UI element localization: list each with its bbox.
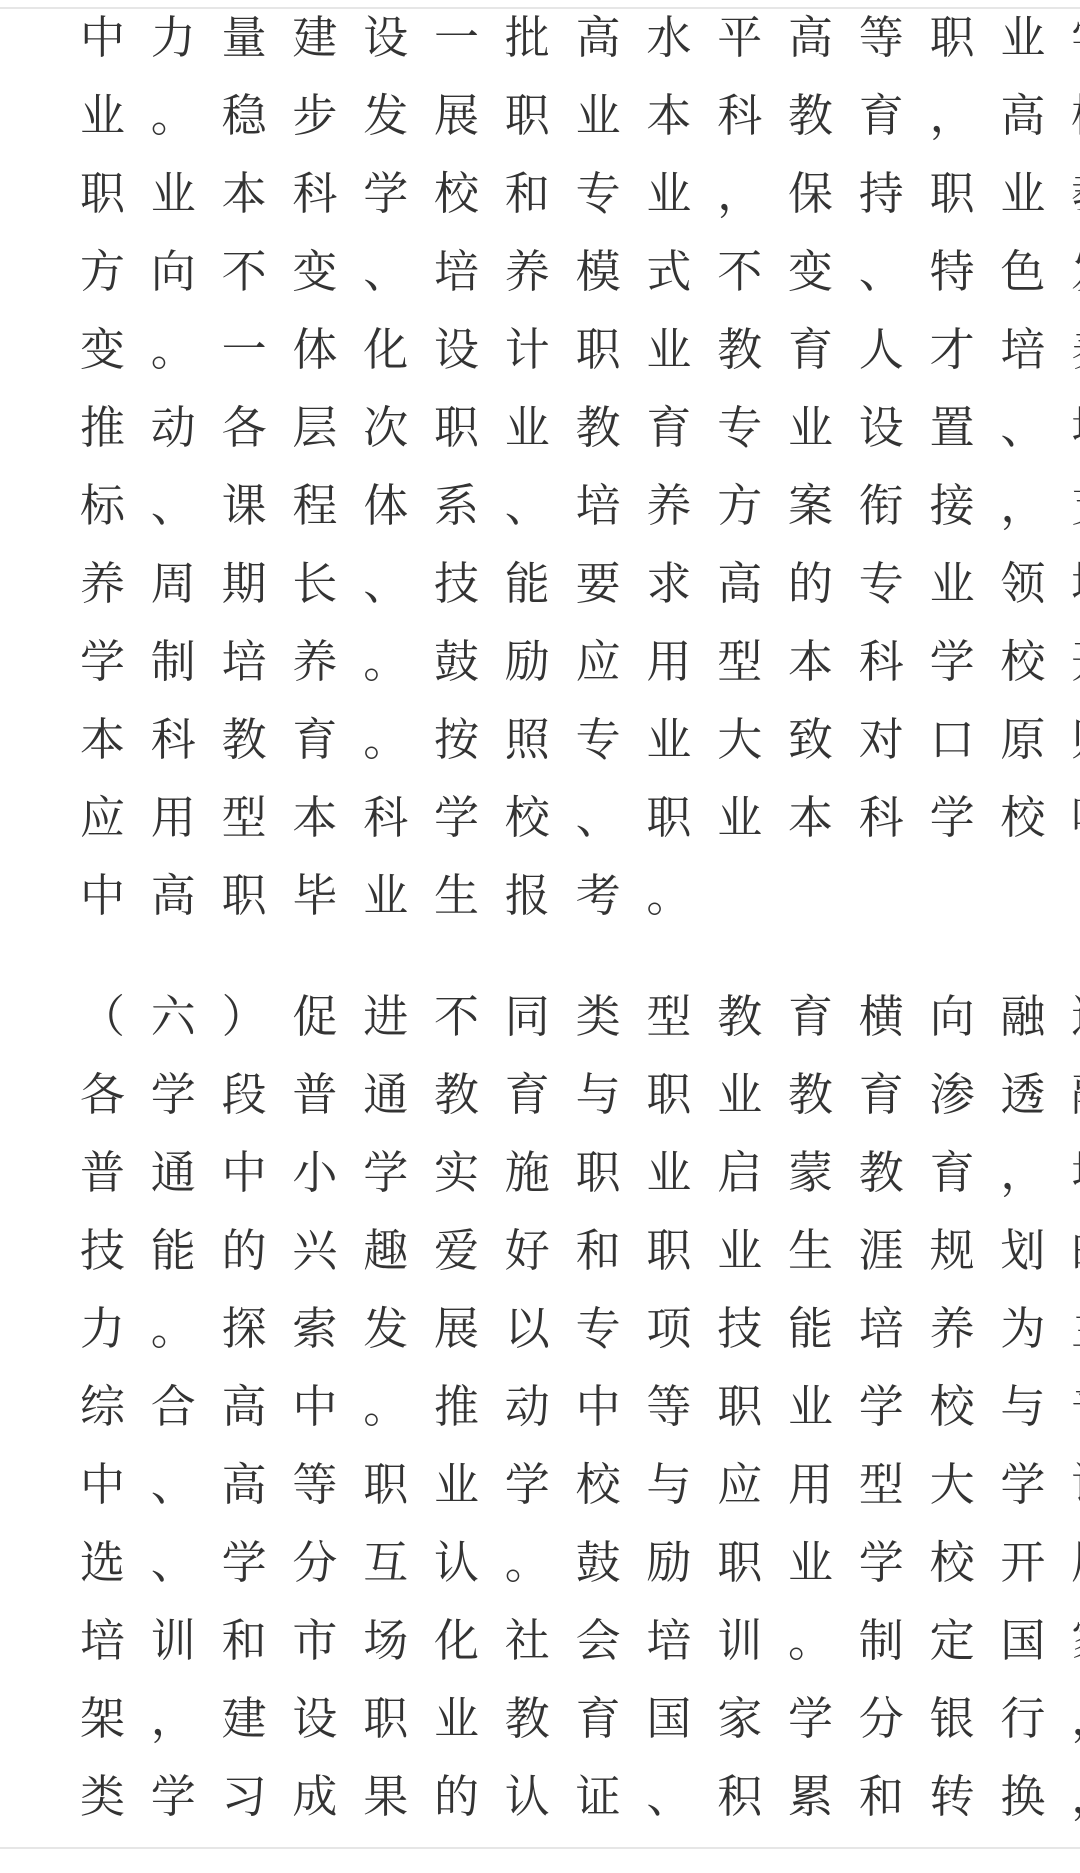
text-line: 架，建设职业教育国家学分银行，实现各 — [80, 1680, 1010, 1758]
text-line: 推动各层次职业教育专业设置、培养目 — [80, 389, 1010, 467]
text-line: 力。探索发展以专项技能培养为主的特色 — [80, 1290, 1010, 1368]
text-line: 职业本科学校和专业，保持职业教育办学 — [80, 155, 1010, 233]
text-line: 变。一体化设计职业教育人才培养体系， — [80, 311, 1010, 389]
text-line: 标、课程体系、培养方案衔接，支持在培 — [80, 467, 1010, 545]
section-heading-line: （六）促进不同类型教育横向融通。加强 — [80, 978, 1010, 1056]
paragraph-section-six: （六）促进不同类型教育横向融通。加强 各学段普通教育与职业教育渗透融通，在 普通… — [80, 978, 1010, 1836]
text-line: 本科教育。按照专业大致对口原则，指导 — [80, 701, 1010, 779]
text-line: 业。稳步发展职业本科教育，高标准建设 — [80, 77, 1010, 155]
text-line: 应用型本科学校、职业本科学校吸引更多 — [80, 779, 1010, 857]
text-line: 中力量建设一批高水平高等职业学校和专 — [80, 0, 1010, 77]
text-line: 各学段普通教育与职业教育渗透融通，在 — [80, 1056, 1010, 1134]
text-line: 养周期长、技能要求高的专业领域实施长 — [80, 545, 1010, 623]
bottom-divider — [0, 1847, 1080, 1849]
paragraph-vocational-undergraduate: 中力量建设一批高水平高等职业学校和专 业。稳步发展职业本科教育，高标准建设 职业… — [80, 0, 1010, 935]
text-line: 类学习成果的认证、积累和转换，加快构 — [80, 1758, 1010, 1836]
text-line: 学制培养。鼓励应用型本科学校开展职业 — [80, 623, 1010, 701]
text-line: 中高职毕业生报考。 — [80, 857, 1010, 935]
text-line: 方向不变、培养模式不变、特色发展不 — [80, 233, 1010, 311]
text-line: 普通中小学实施职业启蒙教育，培养掌握 — [80, 1134, 1010, 1212]
text-line: 综合高中。推动中等职业学校与普通高 — [80, 1368, 1010, 1446]
text-line: 中、高等职业学校与应用型大学课程互 — [80, 1446, 1010, 1524]
text-line: 选、学分互认。鼓励职业学校开展补贴性 — [80, 1524, 1010, 1602]
text-line: 培训和市场化社会培训。制定国家资历框 — [80, 1602, 1010, 1680]
text-line: 技能的兴趣爱好和职业生涯规划的意识能 — [80, 1212, 1010, 1290]
